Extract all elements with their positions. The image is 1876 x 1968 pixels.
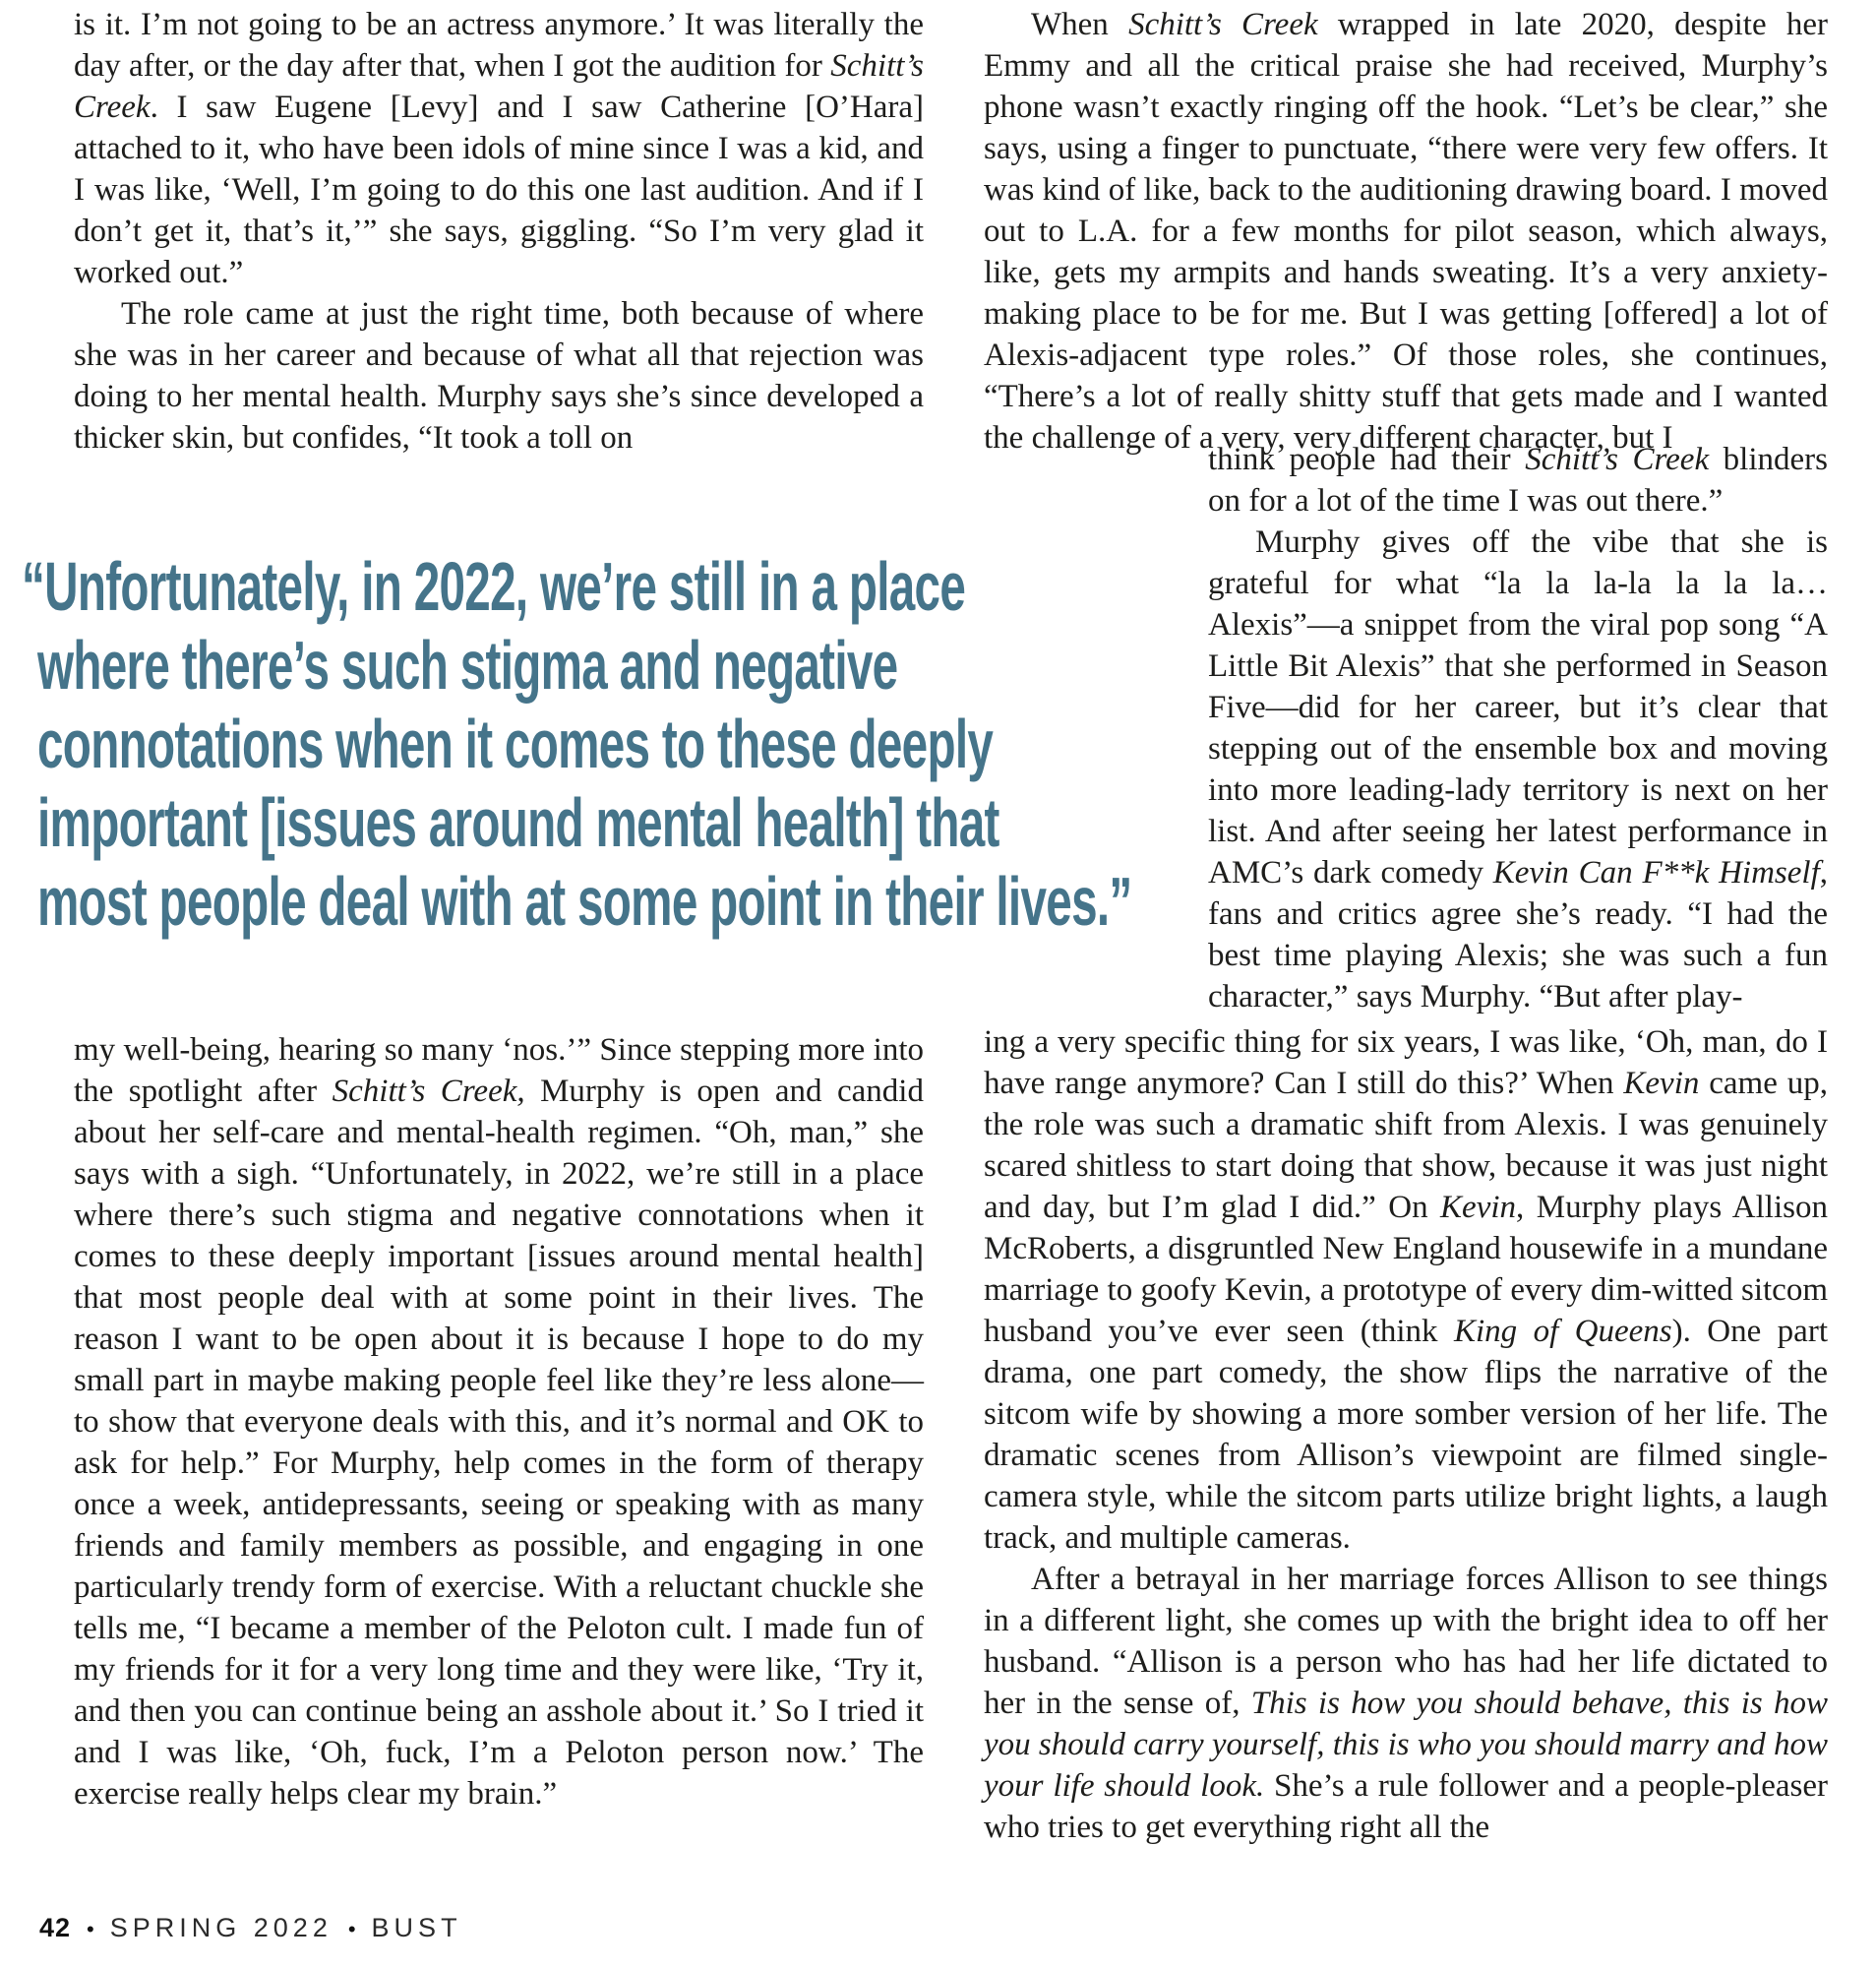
paragraph: After a betrayal in her marriage forces … <box>984 1559 1828 1848</box>
text-run: Murphy is open and candid about her self… <box>74 1074 924 1812</box>
article-column-right-top: When Schitt’s Creek wrapped in late 2020… <box>984 4 1828 459</box>
pull-quote-line: important [issues around mental health] … <box>37 783 814 862</box>
italic-text-run: Schitt’s Creek, <box>333 1074 525 1109</box>
pull-quote: “Unfortunately, in 2022, we’re still in … <box>37 547 1179 941</box>
text-run: is it. I’m not going to be an actress an… <box>74 7 924 84</box>
paragraph: The role came at just the right time, bo… <box>74 293 924 459</box>
pull-quote-line: connotations when it comes to these deep… <box>37 705 814 783</box>
text-run: think people had their <box>1208 442 1525 477</box>
text-run: When <box>1031 7 1128 42</box>
paragraph: my well-being, hearing so many ‘nos.’” S… <box>74 1029 924 1814</box>
text-run: Murphy gives off the vibe that she is gr… <box>1208 524 1828 891</box>
pull-quote-line: most people deal with at some point in t… <box>37 862 814 941</box>
footer-season: SPRING 2022 <box>110 1913 333 1943</box>
text-run: wrapped in late 2020, despite her Emmy a… <box>984 7 1828 456</box>
page-number: 42 <box>39 1913 71 1943</box>
footer-separator-dot: • <box>348 1917 356 1942</box>
paragraph: think people had their Schitt’s Creek bl… <box>1208 439 1828 522</box>
italic-text-run: King of Queens <box>1454 1314 1672 1349</box>
text-run: The role came at just the right time, bo… <box>74 296 924 456</box>
text-run: . I saw Eugene [Levy] and I saw Catherin… <box>74 90 924 290</box>
article-column-left-top: is it. I’m not going to be an actress an… <box>74 4 924 459</box>
paragraph: When Schitt’s Creek wrapped in late 2020… <box>984 4 1828 459</box>
italic-text-run: Kevin <box>1440 1190 1516 1225</box>
italic-text-run: Schitt’s Creek <box>1128 7 1318 42</box>
italic-text-run: Kevin <box>1623 1066 1699 1101</box>
article-column-left-bottom: my well-being, hearing so many ‘nos.’” S… <box>74 1029 924 1814</box>
paragraph: Murphy gives off the vibe that she is gr… <box>1208 522 1828 1017</box>
paragraph: ing a very specific thing for six years,… <box>984 1021 1828 1559</box>
page-footer: 42 • SPRING 2022 • BUST <box>39 1913 462 1943</box>
footer-separator-dot: • <box>87 1917 94 1942</box>
pull-quote-line: where there’s such stigma and negative <box>37 626 814 705</box>
text-run: ). One part drama, one part comedy, the … <box>984 1314 1828 1556</box>
pull-quote-line: “Unfortunately, in 2022, we’re still in … <box>22 547 809 626</box>
italic-text-run: Kevin Can F**k Himself <box>1493 855 1820 891</box>
article-column-right-narrow: think people had their Schitt’s Creek bl… <box>1208 439 1828 1017</box>
footer-magazine-name: BUST <box>372 1913 462 1943</box>
italic-text-run: Schitt’s Creek <box>1525 442 1709 477</box>
paragraph: is it. I’m not going to be an actress an… <box>74 4 924 293</box>
magazine-article-page: is it. I’m not going to be an actress an… <box>0 0 1876 1968</box>
article-column-right-bottom: ing a very specific thing for six years,… <box>984 1021 1828 1848</box>
